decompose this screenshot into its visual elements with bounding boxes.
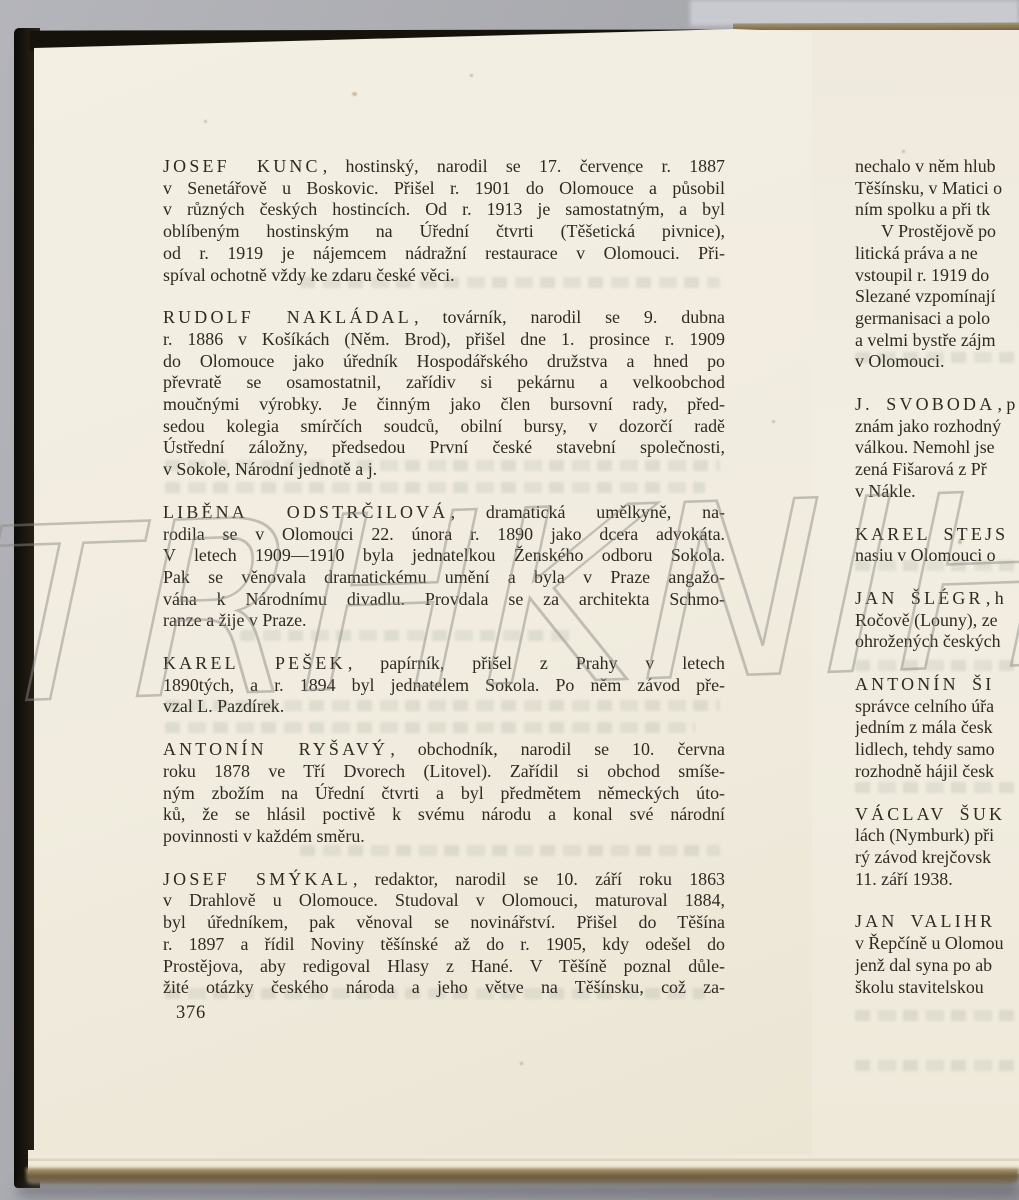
text-line: Ročově (Louny), ze	[855, 610, 1019, 632]
text-line: jenž dal syna po ab	[855, 955, 1019, 977]
text-line: KAREL PEŠEK, papírník, přišel z Prahy v …	[163, 653, 725, 675]
book-shadow	[18, 1183, 1019, 1197]
text-line: v Řepčíně u Olomou	[855, 933, 1019, 955]
page-stack-rim	[26, 1168, 1019, 1184]
text-line: ohrožených českých	[855, 631, 1019, 653]
text-line: Pak se věnovala dramatickému umění a byl…	[163, 567, 725, 589]
text-line: lidlech, tehdy samo	[855, 739, 1019, 761]
person-name: RUDOLF NAKLÁDAL	[163, 307, 414, 327]
text-line: r. 1886 v Košíkách (Něm. Brod), přišel d…	[163, 329, 725, 351]
text-line: V letech 1909—1910 byla jednatelkou Žens…	[163, 545, 725, 567]
text-line: zená Fišarová z Př	[855, 459, 1019, 481]
text-line: 1890tých, a r. 1894 byl jednatelem Sokol…	[163, 675, 725, 697]
text-line: válkou. Nemohl jse	[855, 437, 1019, 459]
text-line: rodila se v Olomouci 22. února r. 1890 j…	[163, 524, 725, 546]
person-name: KAREL PEŠEK	[163, 653, 348, 673]
text-line: V Prostějově po	[855, 221, 1019, 243]
text-line: KAREL STEJS	[855, 524, 1019, 546]
text-line: v Sokole, Národní jednotě a j.	[163, 459, 725, 481]
text-line: znám jako rozhodný	[855, 416, 1019, 438]
person-name: J. SVOBODA	[855, 394, 997, 414]
right-page-text-column: nechalo v něm hlubTěšínsku, v Matici oní…	[855, 156, 1019, 998]
text-line: r. 1897 a řídil Noviny těšínské až do r.…	[163, 934, 725, 956]
foxing-spot	[520, 1062, 523, 1065]
person-name: KAREL STEJS	[855, 524, 1010, 544]
text-line: nechalo v něm hlub	[855, 156, 1019, 178]
person-name: JAN VALIHR	[855, 911, 997, 931]
text-line: ANTONÍN ŠI	[855, 674, 1019, 696]
person-name: ANTONÍN RYŠAVÝ	[163, 739, 390, 759]
person-name: ANTONÍN ŠI	[855, 674, 997, 694]
text-line: J. SVOBODA, p	[855, 394, 1019, 416]
text-line: jedním z mála česk	[855, 717, 1019, 739]
text-line: v různých českých hostincích. Od r. 1913…	[163, 199, 725, 221]
text-line: germanisaci a polo	[855, 308, 1019, 330]
text-line: vzal L. Pazdírek.	[163, 696, 725, 718]
text-line: LIBĚNA ODSTRČILOVÁ, dramatická umělkyně,…	[163, 502, 725, 524]
text-line: správce celního úřa	[855, 696, 1019, 718]
text-line: nasiu v Olomouci o	[855, 545, 1019, 567]
text-line: spíval ochotně vždy ke zdaru české věci.	[163, 265, 725, 287]
text-line: oblíbeným hostinským na Úřední čtvrti (T…	[163, 221, 725, 243]
page-showthrough	[855, 1010, 1019, 1021]
text-line: školu stavitelskou	[855, 977, 1019, 999]
book-scan: { "watermark": { "text": "TRHKNIH" }, "l…	[0, 0, 1019, 1200]
text-line: ným zbožím na Úřední čtvrti a byl předmě…	[163, 783, 725, 805]
text-line: převratě se osamostatnil, zařídiv si pek…	[163, 372, 725, 394]
text-line: žité otázky českého národa a jeho větve …	[163, 977, 725, 999]
left-page-text-column: JOSEF KUNC, hostinský, narodil se 17. če…	[163, 156, 725, 999]
person-name: JOSEF SMÝKAL	[163, 869, 353, 889]
text-line: RUDOLF NAKLÁDAL, továrník, narodil se 9.…	[163, 307, 725, 329]
text-line: 11. září 1938.	[855, 869, 1019, 891]
text-line: VÁCLAV ŠUK	[855, 804, 1019, 826]
text-line: do Olomouce jako úředník Hospodářského d…	[163, 351, 725, 373]
text-line: Těšínsku, v Matici o	[855, 178, 1019, 200]
text-line: Slezané vzpomínají	[855, 286, 1019, 308]
text-line: ků, že se hlásil poctivě k svému národu …	[163, 804, 725, 826]
text-line: JAN ŠLÉGR, h	[855, 588, 1019, 610]
text-line: rý závod krejčovsk	[855, 847, 1019, 869]
text-line: Prostějova, aby redigoval Hlasy z Hané. …	[163, 956, 725, 978]
text-line: JOSEF KUNC, hostinský, narodil se 17. če…	[163, 156, 725, 178]
text-line: JAN VALIHR	[855, 911, 1019, 933]
text-line: roku 1878 ve Tří Dvorech (Litovel). Zaří…	[163, 761, 725, 783]
text-line: sedou kolegia smírčích soudců, obilní bu…	[163, 416, 725, 438]
text-line: povinnosti v každém směru.	[163, 826, 725, 848]
text-line: vána k Národnímu divadlu. Provdala se za…	[163, 589, 725, 611]
foxing-spot	[772, 420, 775, 423]
person-name: VÁCLAV ŠUK	[855, 804, 1007, 824]
foxing-spot	[204, 120, 207, 123]
foxing-spot	[902, 150, 905, 153]
text-line: v Senetářově u Boskovic. Přišel r. 1901 …	[163, 178, 725, 200]
text-line: rozhodně hájil česk	[855, 761, 1019, 783]
text-line: vstoupil r. 1919 do	[855, 265, 1019, 287]
text-line: ranze a žije v Praze.	[163, 610, 725, 632]
text-line: od r. 1919 je nájemcem nádražní restaura…	[163, 243, 725, 265]
page-showthrough	[855, 1060, 1019, 1071]
text-line: moučnými výrobky. Je činným jako člen bu…	[163, 394, 725, 416]
text-line: a velmi bystře zájm	[855, 330, 1019, 352]
foxing-spot	[352, 92, 357, 96]
text-line: ANTONÍN RYŠAVÝ, obchodník, narodil se 10…	[163, 739, 725, 761]
person-name: JOSEF KUNC	[163, 156, 323, 176]
text-line: litická práva a ne	[855, 243, 1019, 265]
person-name: LIBĚNA ODSTRČILOVÁ	[163, 502, 451, 522]
text-line: byl úředníkem, pak věnoval se novinářstv…	[163, 912, 725, 934]
page-number: 376	[176, 1003, 206, 1024]
text-line: v Olomouci.	[855, 351, 1019, 373]
text-line: v Drahlově u Olomouce. Studoval v Olomou…	[163, 890, 725, 912]
text-line: Ústřední záložny, předsedou První české …	[163, 437, 725, 459]
text-line: ním spolku a při tk	[855, 199, 1019, 221]
foxing-spot	[470, 74, 473, 77]
text-line: lách (Nymburk) při	[855, 825, 1019, 847]
text-line: JOSEF SMÝKAL, redaktor, narodil se 10. z…	[163, 869, 725, 891]
person-name: JAN ŠLÉGR	[855, 588, 986, 608]
text-line: v Nákle.	[855, 481, 1019, 503]
